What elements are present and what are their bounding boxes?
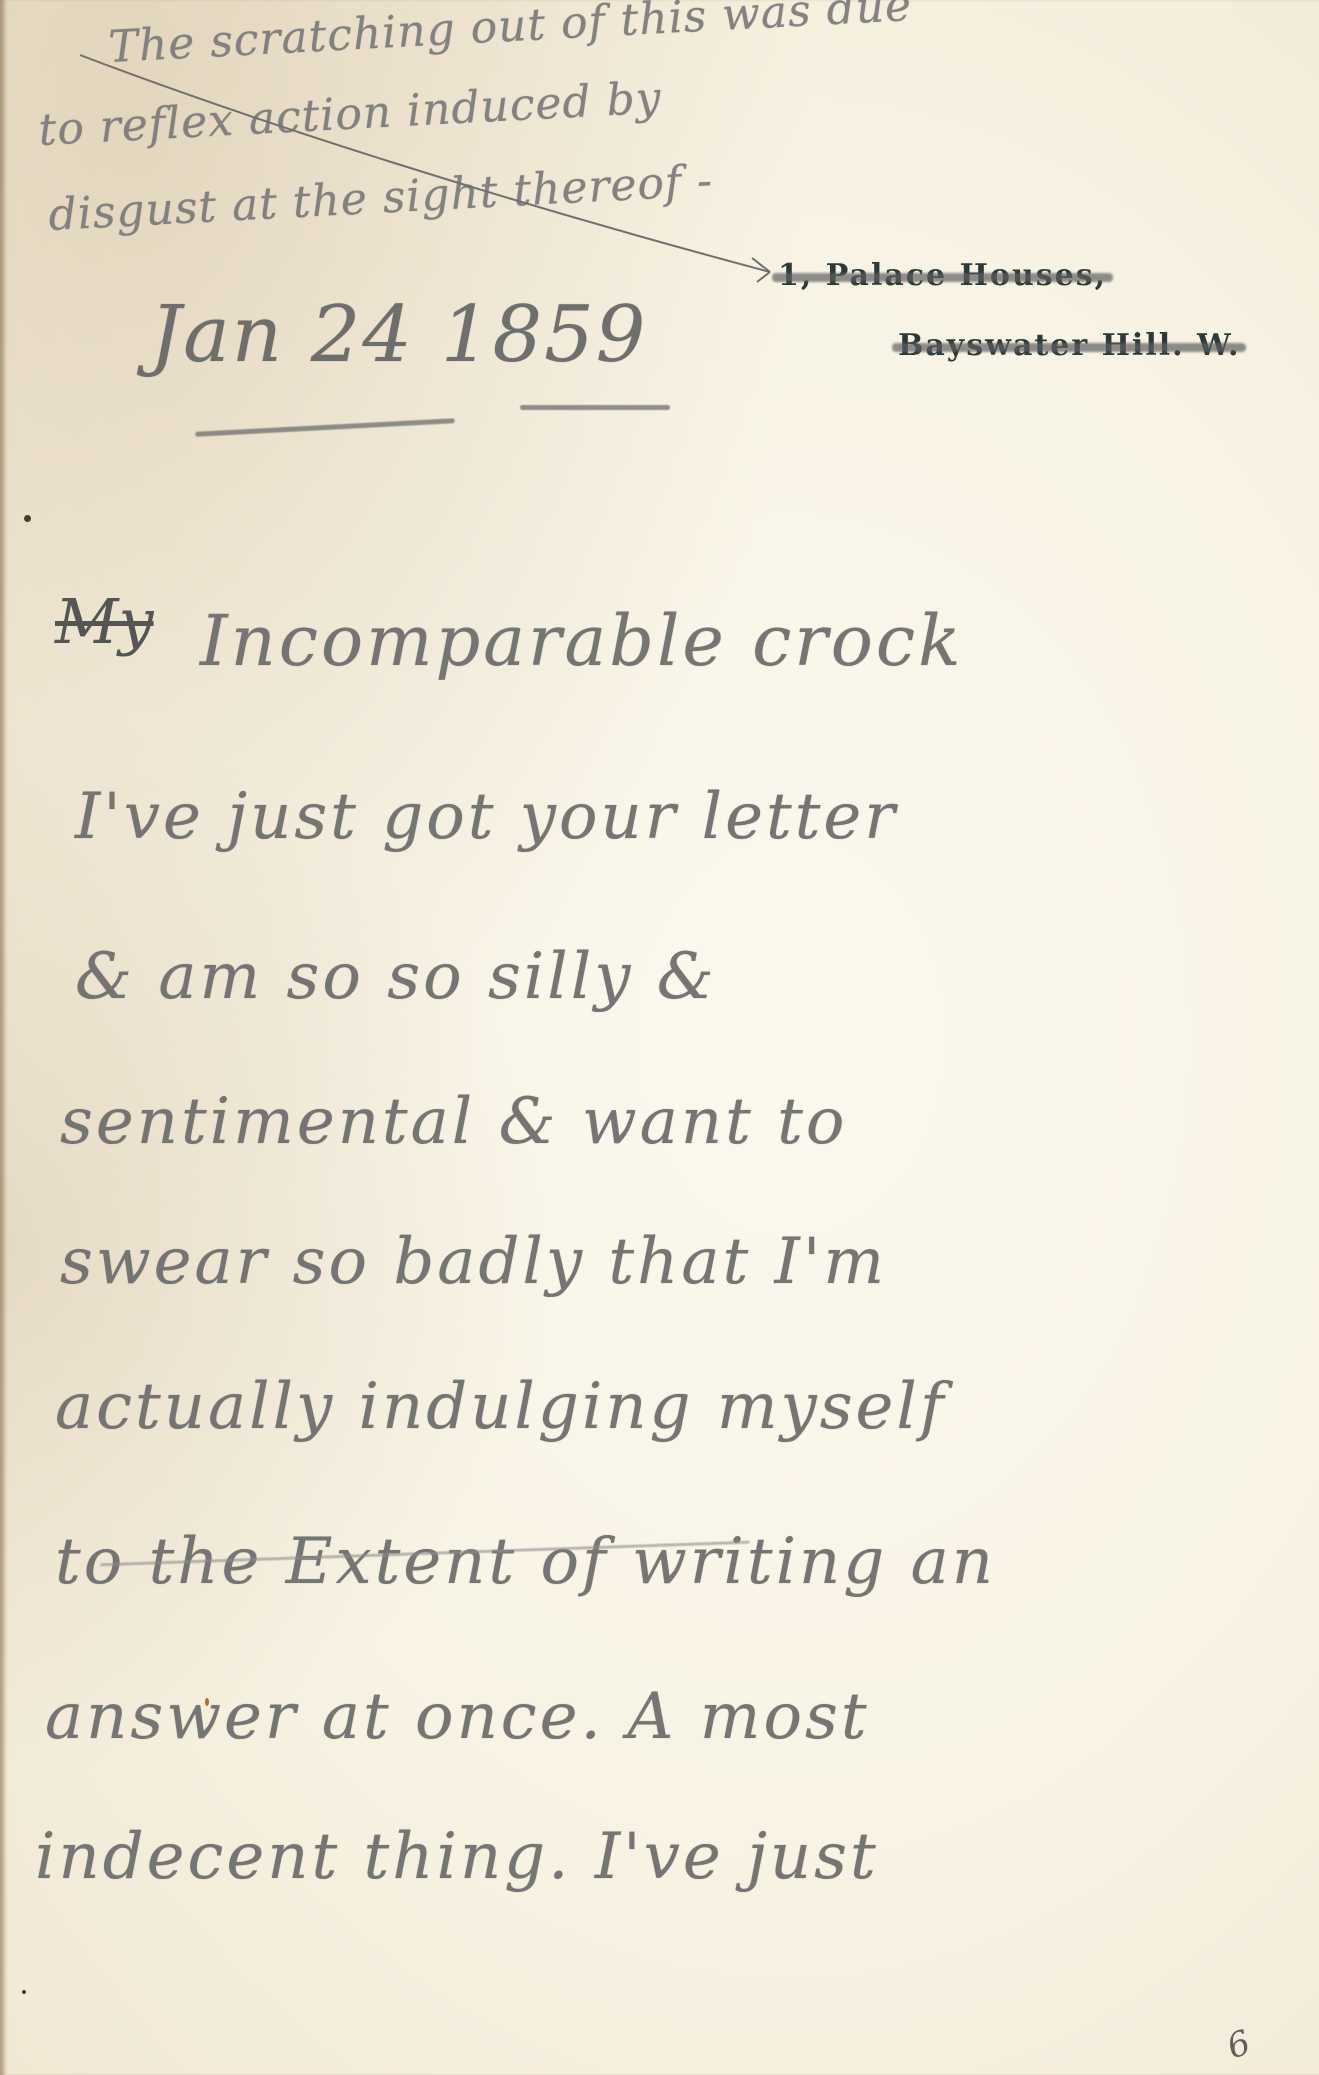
body-line-4: swear so badly that I'm <box>60 1225 887 1299</box>
body-line-7: answer at once. A most <box>45 1680 870 1754</box>
body-line-8: indecent thing. I've just <box>35 1820 879 1894</box>
letter-date: Jan 24 1859 <box>150 290 647 380</box>
arrow-pointer-icon <box>0 0 1319 320</box>
body-line-1: I've just got your letter <box>75 780 898 854</box>
body-line-5: actually indulging myself <box>55 1370 947 1444</box>
paper-speck <box>24 515 31 522</box>
letterhead-line-1: 1, Palace Houses, <box>778 258 1107 293</box>
body-line-3: sentimental & want to <box>60 1085 847 1159</box>
strike-through-mark <box>772 273 1113 282</box>
body-line-2: & am so so silly & <box>75 940 717 1014</box>
letter-page: The scratching out of this was due to re… <box>0 0 1319 2075</box>
strike-through-mark <box>892 343 1246 352</box>
date-flourish <box>195 418 455 437</box>
struck-salutation-prefix: My <box>55 585 154 658</box>
date-underline <box>520 405 670 410</box>
paper-speck <box>22 1990 26 1994</box>
salutation: Incomparable crock <box>200 600 964 682</box>
letterhead-line-2: Bayswater Hill. W. <box>898 328 1240 363</box>
page-number: 6 <box>1222 2023 1256 2068</box>
